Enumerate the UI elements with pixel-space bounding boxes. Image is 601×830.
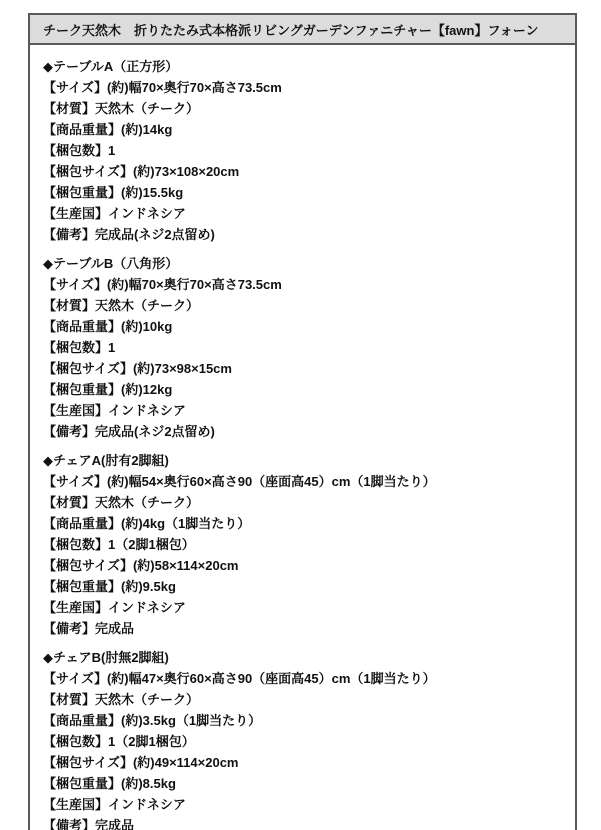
section-chair-b: ◆チェアB(肘無2脚組) 【サイズ】(約)幅47×奥行60×高さ90（座面高45… bbox=[43, 647, 565, 830]
spec-line-material: 【材質】天然木（チーク） bbox=[43, 492, 565, 513]
spec-line-package-size: 【梱包サイズ】(約)73×98×15cm bbox=[43, 358, 565, 379]
spec-line-country: 【生産国】インドネシア bbox=[43, 203, 565, 224]
spec-line-size: 【サイズ】(約)幅70×奥行70×高さ73.5cm bbox=[43, 274, 565, 295]
spec-content: ◆テーブルA（正方形） 【サイズ】(約)幅70×奥行70×高さ73.5cm 【材… bbox=[30, 45, 575, 830]
spec-line-material: 【材質】天然木（チーク） bbox=[43, 98, 565, 119]
product-spec-box: チーク天然木 折りたたみ式本格派リビングガーデンファニチャー【fawn】フォーン… bbox=[28, 13, 577, 830]
spec-line-package-weight: 【梱包重量】(約)8.5kg bbox=[43, 773, 565, 794]
spec-line-package-weight: 【梱包重量】(約)15.5kg bbox=[43, 182, 565, 203]
spec-line-package-size: 【梱包サイズ】(約)73×108×20cm bbox=[43, 161, 565, 182]
product-title-bar: チーク天然木 折りたたみ式本格派リビングガーデンファニチャー【fawn】フォーン bbox=[30, 15, 575, 45]
spec-line-product-weight: 【商品重量】(約)4kg（1脚当たり） bbox=[43, 513, 565, 534]
section-title: ◆テーブルA（正方形） bbox=[43, 56, 565, 77]
spec-line-product-weight: 【商品重量】(約)14kg bbox=[43, 119, 565, 140]
spec-line-size: 【サイズ】(約)幅70×奥行70×高さ73.5cm bbox=[43, 77, 565, 98]
spec-line-size: 【サイズ】(約)幅47×奥行60×高さ90（座面高45）cm（1脚当たり） bbox=[43, 668, 565, 689]
spec-line-package-count: 【梱包数】1（2脚1梱包） bbox=[43, 534, 565, 555]
spec-line-package-weight: 【梱包重量】(約)12kg bbox=[43, 379, 565, 400]
page: チーク天然木 折りたたみ式本格派リビングガーデンファニチャー【fawn】フォーン… bbox=[0, 0, 601, 830]
spec-line-material: 【材質】天然木（チーク） bbox=[43, 689, 565, 710]
section-title: ◆チェアB(肘無2脚組) bbox=[43, 647, 565, 668]
spec-line-country: 【生産国】インドネシア bbox=[43, 400, 565, 421]
spec-line-package-size: 【梱包サイズ】(約)58×114×20cm bbox=[43, 555, 565, 576]
spec-line-country: 【生産国】インドネシア bbox=[43, 794, 565, 815]
spec-line-package-count: 【梱包数】1（2脚1梱包） bbox=[43, 731, 565, 752]
product-title: チーク天然木 折りたたみ式本格派リビングガーデンファニチャー【fawn】フォーン bbox=[43, 20, 539, 39]
spec-line-product-weight: 【商品重量】(約)3.5kg（1脚当たり） bbox=[43, 710, 565, 731]
spec-line-package-count: 【梱包数】1 bbox=[43, 140, 565, 161]
spec-line-package-count: 【梱包数】1 bbox=[43, 337, 565, 358]
spec-line-material: 【材質】天然木（チーク） bbox=[43, 295, 565, 316]
section-title: ◆チェアA(肘有2脚組) bbox=[43, 450, 565, 471]
section-table-b: ◆テーブルB（八角形） 【サイズ】(約)幅70×奥行70×高さ73.5cm 【材… bbox=[43, 253, 565, 442]
spec-line-notes: 【備考】完成品 bbox=[43, 815, 565, 830]
section-chair-a: ◆チェアA(肘有2脚組) 【サイズ】(約)幅54×奥行60×高さ90（座面高45… bbox=[43, 450, 565, 639]
spec-line-country: 【生産国】インドネシア bbox=[43, 597, 565, 618]
spec-line-product-weight: 【商品重量】(約)10kg bbox=[43, 316, 565, 337]
spec-line-notes: 【備考】完成品 bbox=[43, 618, 565, 639]
spec-line-notes: 【備考】完成品(ネジ2点留め) bbox=[43, 421, 565, 442]
spec-line-package-weight: 【梱包重量】(約)9.5kg bbox=[43, 576, 565, 597]
section-title: ◆テーブルB（八角形） bbox=[43, 253, 565, 274]
section-table-a: ◆テーブルA（正方形） 【サイズ】(約)幅70×奥行70×高さ73.5cm 【材… bbox=[43, 56, 565, 245]
spec-line-size: 【サイズ】(約)幅54×奥行60×高さ90（座面高45）cm（1脚当たり） bbox=[43, 471, 565, 492]
spec-line-package-size: 【梱包サイズ】(約)49×114×20cm bbox=[43, 752, 565, 773]
spec-line-notes: 【備考】完成品(ネジ2点留め) bbox=[43, 224, 565, 245]
